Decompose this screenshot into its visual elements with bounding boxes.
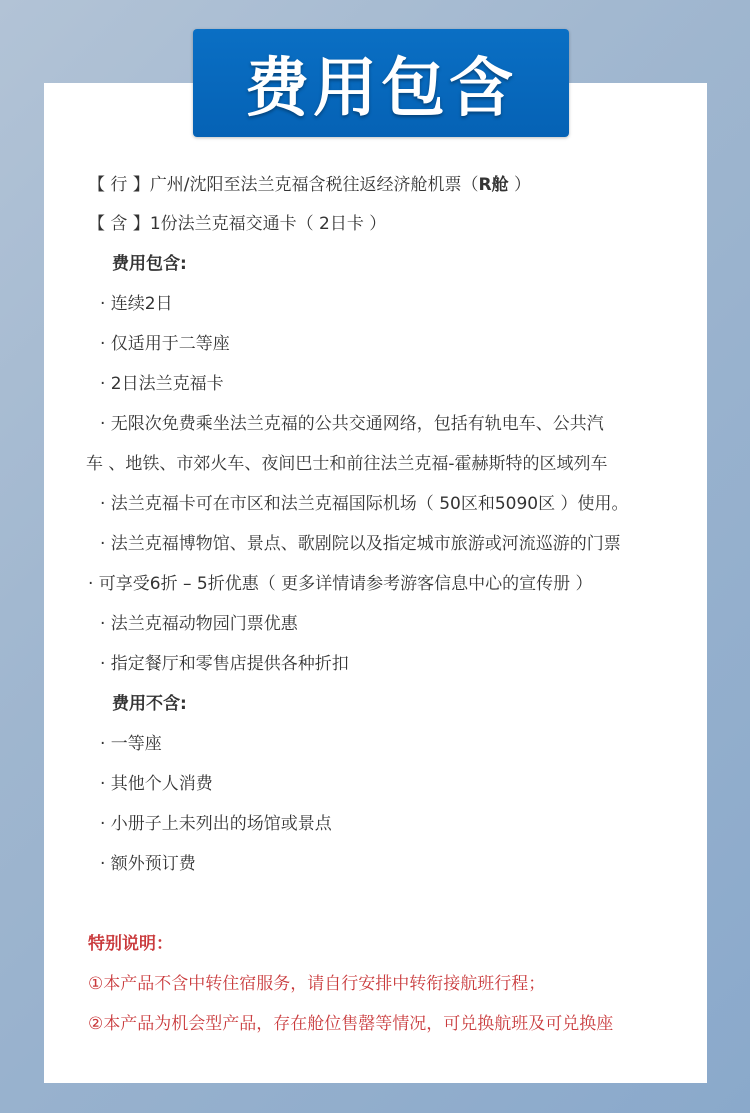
flight-text: 广州/沈阳至法兰克福含税往返经济舱机票（: [150, 175, 479, 195]
included-item: · 仅适用于二等座: [100, 332, 230, 356]
flight-line: 【 行 】广州/沈阳至法兰克福含税往返经济舱机票（R舱 ）: [88, 173, 531, 197]
excluded-heading: 费用不含:: [112, 692, 187, 716]
flight-close: ）: [509, 175, 531, 195]
notice-item: ①本产品不含中转住宿服务，请自行安排中转衔接航班行程；: [88, 972, 545, 996]
included-item: · 法兰克福卡可在市区和法兰克福国际机场（ 50区和5090区 ）使用。: [100, 492, 629, 516]
flight-class-code: R舱: [479, 175, 509, 195]
notice-item: ②本产品为机会型产品，存在舱位售罄等情况，可兑换航班及可兑换座: [88, 1012, 613, 1036]
excluded-item: · 其他个人消费: [100, 772, 213, 796]
included-item: · 指定餐厅和零售店提供各种折扣: [100, 652, 349, 676]
included-item: · 法兰克福动物园门票优惠: [100, 612, 298, 636]
included-item: · 法兰克福博物馆、景点、歌剧院以及指定城市旅游或河流巡游的门票: [100, 532, 621, 556]
banner-title: 费用包含: [245, 37, 517, 129]
included-item: 车 、地铁、市郊火车、夜间巴士和前往法兰克福-霍赫斯特的区域列车: [86, 452, 608, 476]
included-item: · 2日法兰克福卡: [100, 372, 224, 396]
included-item: · 可享受6折 – 5折优惠（ 更多详情请参考游客信息中心的宣传册 ）: [88, 572, 593, 596]
excluded-item: · 一等座: [100, 732, 162, 756]
card-text: 1份法兰克福交通卡（ 2日卡 ）: [150, 214, 386, 234]
excluded-item: · 额外预订费: [100, 852, 196, 876]
included-item: · 连续2日: [100, 292, 173, 316]
flight-tag: 【 行 】: [88, 175, 150, 195]
title-banner: 费用包含: [193, 29, 569, 137]
excluded-item: · 小册子上未列出的场馆或景点: [100, 812, 332, 836]
card-line: 【 含 】1份法兰克福交通卡（ 2日卡 ）: [88, 212, 386, 236]
included-item: · 无限次免费乘坐法兰克福的公共交通网络，包括有轨电车、公共汽: [100, 412, 604, 436]
included-heading: 费用包含:: [112, 252, 187, 276]
card-tag: 【 含 】: [88, 214, 150, 234]
notice-heading: 特别说明：: [88, 932, 173, 956]
